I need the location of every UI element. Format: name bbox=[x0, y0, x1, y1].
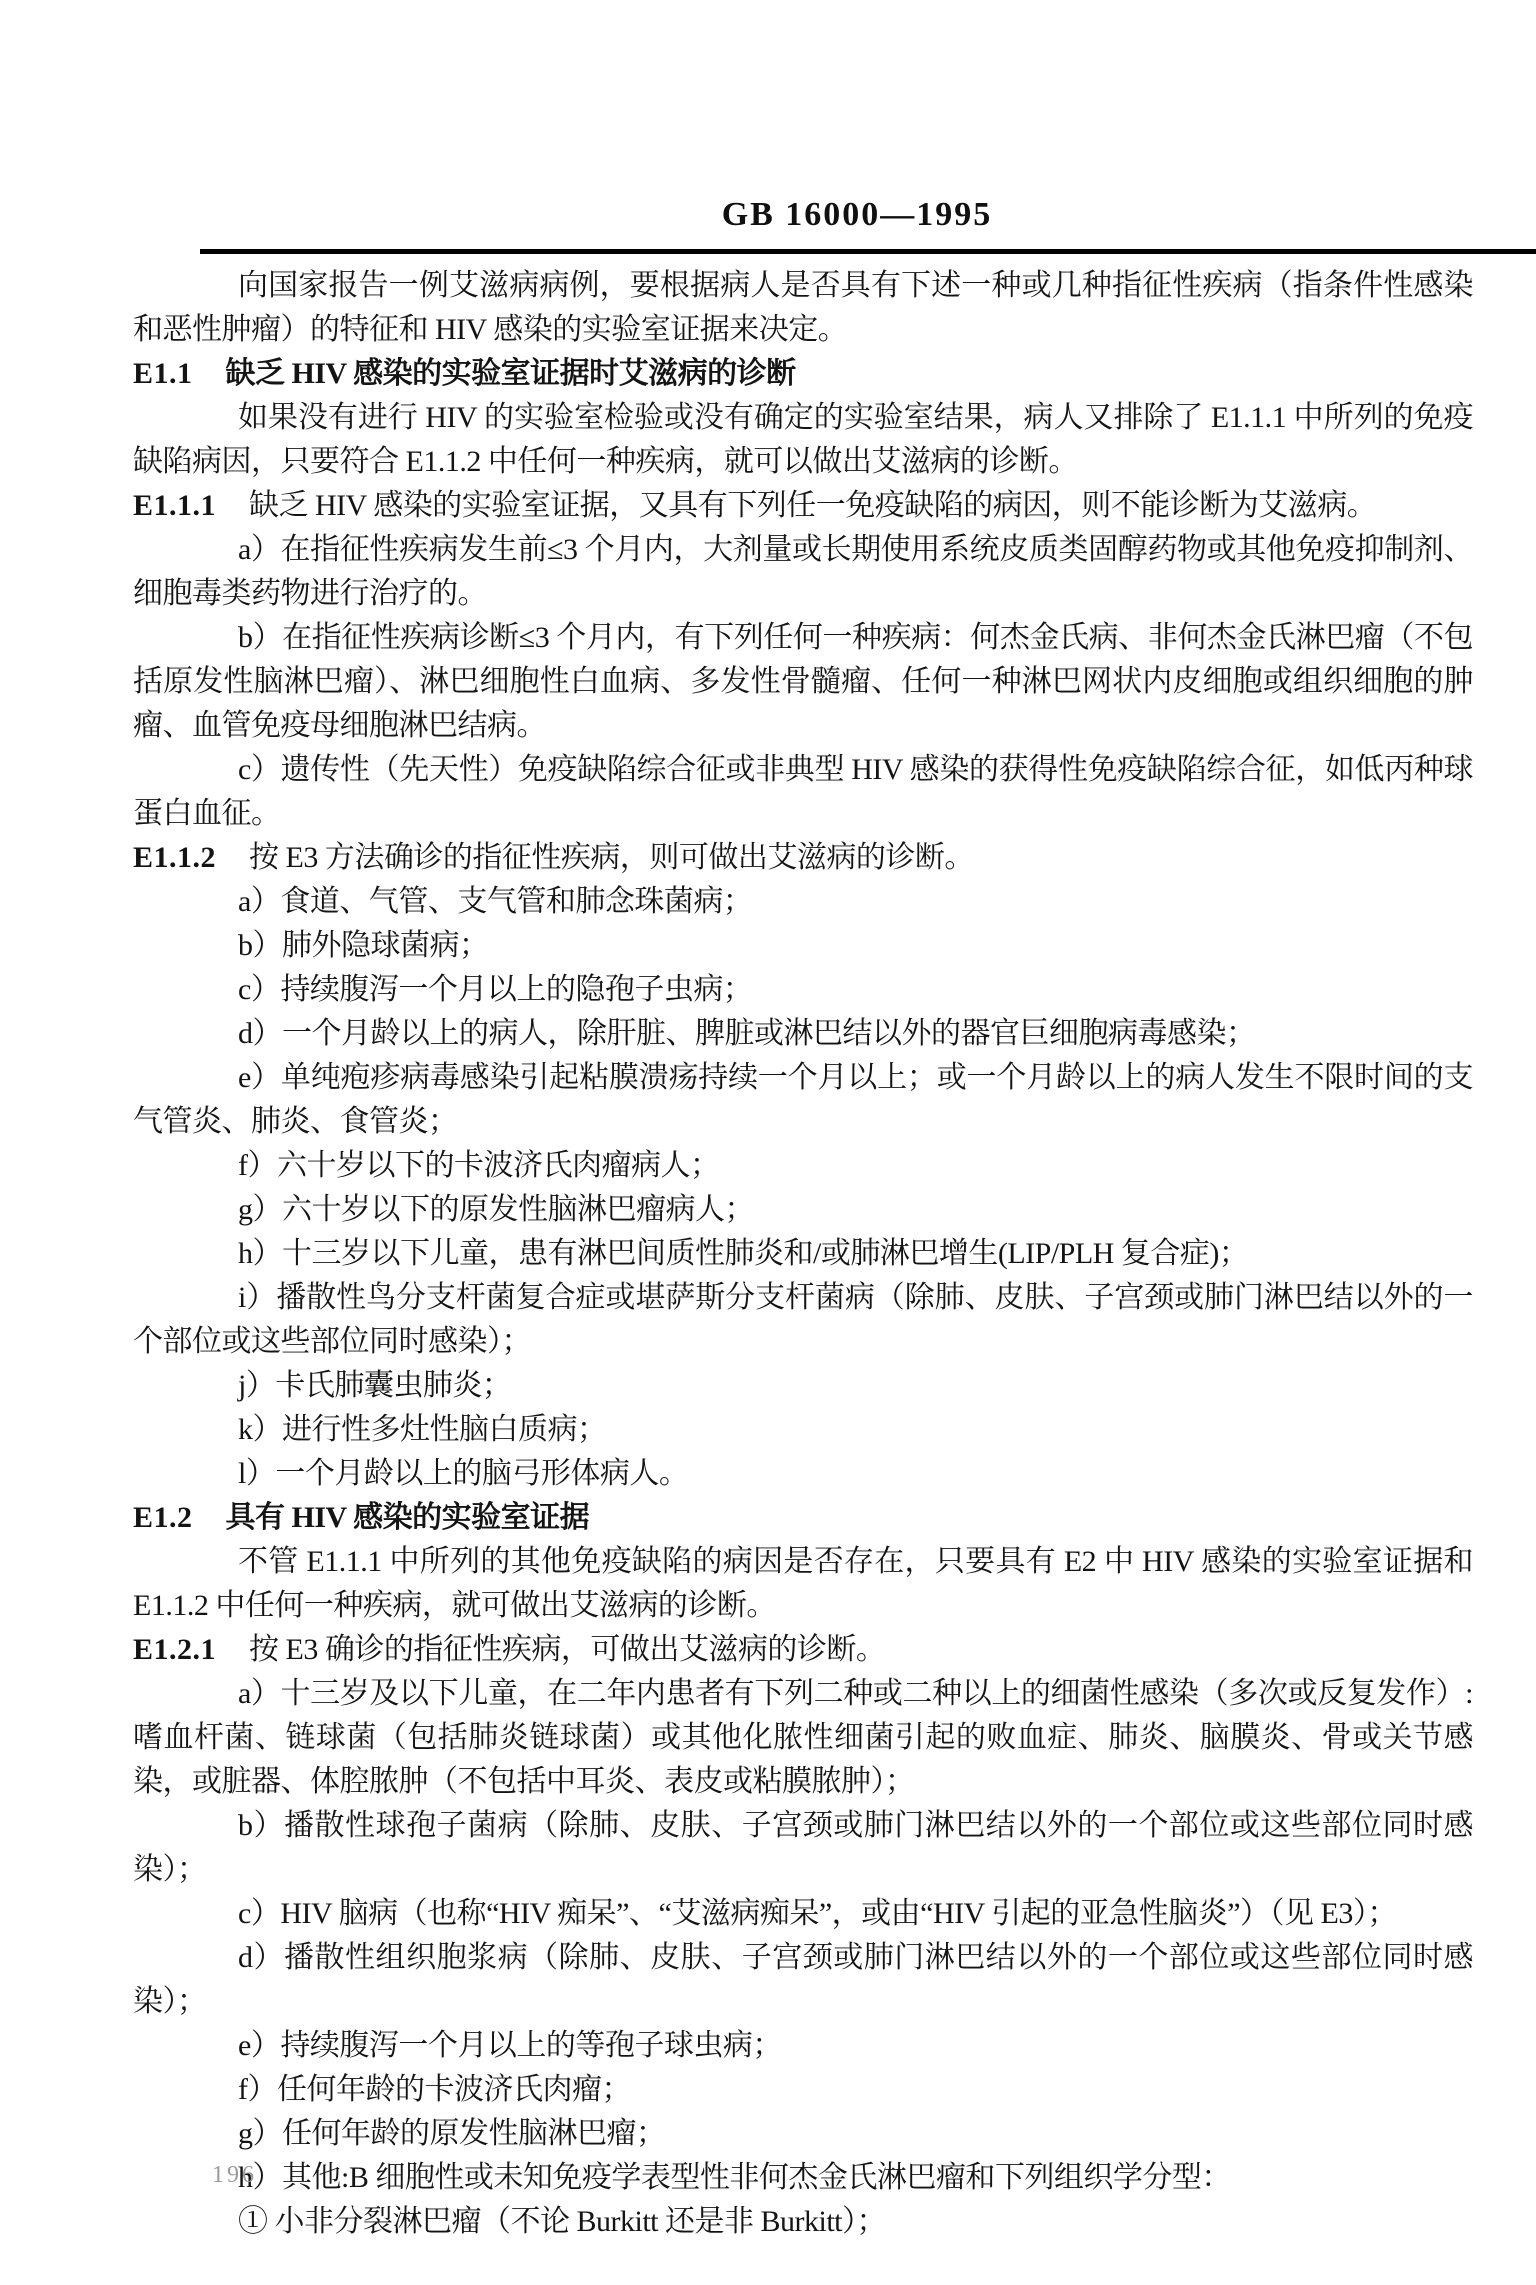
clause-number: E1.1.2 bbox=[133, 841, 216, 874]
clause-heading: E1.2具有 HIV 感染的实验室证据 bbox=[133, 1496, 1473, 1540]
list-item: b）在指征性疾病诊断≤3 个月内，有下列任何一种疾病：何杰金氏病、非何杰金氏淋巴… bbox=[133, 616, 1473, 748]
text-run: j）卡氏肺囊虫肺炎； bbox=[238, 1369, 511, 1402]
list-item: h）十三岁以下儿童，患有淋巴间质性肺炎和/或肺淋巴增生(LIP/PLH 复合症)… bbox=[133, 1232, 1473, 1276]
text-run: g）任何年龄的原发性脑淋巴瘤； bbox=[238, 2117, 666, 2150]
text-run: b）在指征性疾病诊断≤3 个月内，有下列任何一种疾病：何杰金氏病、非何杰金氏淋巴… bbox=[133, 621, 1473, 742]
text-run: f）任何年龄的卡波济氏肉瘤； bbox=[238, 2073, 631, 2106]
text-run: 具有 HIV 感染的实验室证据 bbox=[226, 1501, 590, 1534]
text-run: a）食道、气管、支气管和肺念珠菌病； bbox=[238, 885, 752, 918]
list-item: e）持续腹泻一个月以上的等孢子球虫病； bbox=[133, 2024, 1473, 2068]
text-run: k）进行性多灶性脑白质病； bbox=[238, 1413, 607, 1446]
document-body: 向国家报告一例艾滋病病例，要根据病人是否具有下述一种或几种指征性疾病（指条件性感… bbox=[133, 264, 1473, 2244]
text-run: l）一个月龄以上的脑弓形体病人。 bbox=[238, 1457, 688, 1490]
list-item: b）肺外隐球菌病； bbox=[133, 924, 1473, 968]
list-item: j）卡氏肺囊虫肺炎； bbox=[133, 1364, 1473, 1408]
clause-paragraph: E1.2.1按 E3 确诊的指征性疾病，可做出艾滋病的诊断。 bbox=[133, 1628, 1473, 1672]
paragraph: 如果没有进行 HIV 的实验室检验或没有确定的实验室结果，病人又排除了 E1.1… bbox=[133, 396, 1473, 484]
clause-number: E1.1.1 bbox=[133, 489, 216, 522]
list-item: l）一个月龄以上的脑弓形体病人。 bbox=[133, 1452, 1473, 1496]
text-run: ① 小非分裂淋巴瘤（不论 Burkitt 还是非 Burkitt）； bbox=[238, 2205, 886, 2238]
text-run: d）一个月龄以上的病人，除肝脏、脾脏或淋巴结以外的器官巨细胞病毒感染； bbox=[238, 1017, 1256, 1050]
list-item: k）进行性多灶性脑白质病； bbox=[133, 1408, 1473, 1452]
text-run: 向国家报告一例艾滋病病例，要根据病人是否具有下述一种或几种指征性疾病（指条件性感… bbox=[133, 269, 1473, 346]
text-run: a）在指征性疾病发生前≤3 个月内，大剂量或长期使用系统皮质类固醇药物或其他免疫… bbox=[133, 533, 1473, 610]
text-run: e）单纯疱疹病毒感染引起粘膜溃疡持续一个月以上；或一个月龄以上的病人发生不限时间… bbox=[133, 1061, 1473, 1138]
list-item: a）在指征性疾病发生前≤3 个月内，大剂量或长期使用系统皮质类固醇药物或其他免疫… bbox=[133, 528, 1473, 616]
text-run: 如果没有进行 HIV 的实验室检验或没有确定的实验室结果，病人又排除了 E1.1… bbox=[133, 401, 1473, 478]
list-item: a）食道、气管、支气管和肺念珠菌病； bbox=[133, 880, 1473, 924]
clause-number: E1.2.1 bbox=[133, 1633, 216, 1666]
list-item: ① 小非分裂淋巴瘤（不论 Burkitt 还是非 Burkitt）； bbox=[133, 2200, 1473, 2244]
text-run: i）播散性鸟分支杆菌复合症或堪萨斯分支杆菌病（除肺、皮肤、子宫颈或肺门淋巴结以外… bbox=[133, 1281, 1473, 1358]
list-item: b）播散性球孢子菌病（除肺、皮肤、子宫颈或肺门淋巴结以外的一个部位或这些部位同时… bbox=[133, 1804, 1473, 1892]
text-run: 按 E3 方法确诊的指征性疾病，则可做出艾滋病的诊断。 bbox=[249, 841, 974, 874]
header-rule bbox=[200, 249, 1536, 254]
paragraph: 向国家报告一例艾滋病病例，要根据病人是否具有下述一种或几种指征性疾病（指条件性感… bbox=[133, 264, 1473, 352]
list-item: g）六十岁以下的原发性脑淋巴瘤病人； bbox=[133, 1188, 1473, 1232]
text-run: c）持续腹泻一个月以上的隐孢子虫病； bbox=[238, 973, 752, 1006]
clause-number: E1.1 bbox=[133, 357, 193, 390]
paragraph: 不管 E1.1.1 中所列的其他免疫缺陷的病因是否存在，只要具有 E2 中 HI… bbox=[133, 1540, 1473, 1628]
list-item: c）遗传性（先天性）免疫缺陷综合征或非典型 HIV 感染的获得性免疫缺陷综合征，… bbox=[133, 748, 1473, 836]
list-item: c）HIV 脑病（也称“HIV 痴呆”、“艾滋病痴呆”，或由“HIV 引起的亚急… bbox=[133, 1892, 1473, 1936]
text-run: h）其他:B 细胞性或未知免疫学表型性非何杰金氏淋巴瘤和下列组织学分型： bbox=[238, 2161, 1231, 2194]
text-run: a）十三岁及以下儿童，在二年内患者有下列二种或二种以上的细菌性感染（多次或反复发… bbox=[133, 1677, 1473, 1798]
list-item: f）任何年龄的卡波济氏肉瘤； bbox=[133, 2068, 1473, 2112]
clause-number: E1.2 bbox=[133, 1501, 193, 1534]
list-item: f）六十岁以下的卡波济氏肉瘤病人； bbox=[133, 1144, 1473, 1188]
text-run: c）遗传性（先天性）免疫缺陷综合征或非典型 HIV 感染的获得性免疫缺陷综合征，… bbox=[133, 753, 1473, 830]
text-run: b）肺外隐球菌病； bbox=[238, 929, 489, 962]
text-run: d）播散性组织胞浆病（除肺、皮肤、子宫颈或肺门淋巴结以外的一个部位或这些部位同时… bbox=[133, 1941, 1473, 2018]
document-page: GB 16000—1995 向国家报告一例艾滋病病例，要根据病人是否具有下述一种… bbox=[0, 0, 1536, 2285]
text-run: g）六十岁以下的原发性脑淋巴瘤病人； bbox=[238, 1193, 754, 1226]
list-item: e）单纯疱疹病毒感染引起粘膜溃疡持续一个月以上；或一个月龄以上的病人发生不限时间… bbox=[133, 1056, 1473, 1144]
text-run: e）持续腹泻一个月以上的等孢子球虫病； bbox=[238, 2029, 782, 2062]
clause-paragraph: E1.1.1缺乏 HIV 感染的实验室证据，又具有下列任一免疫缺陷的病因，则不能… bbox=[133, 484, 1473, 528]
standard-code: GB 16000—1995 bbox=[89, 196, 1536, 234]
list-item: h）其他:B 细胞性或未知免疫学表型性非何杰金氏淋巴瘤和下列组织学分型： bbox=[133, 2156, 1473, 2200]
clause-paragraph: E1.1.2按 E3 方法确诊的指征性疾病，则可做出艾滋病的诊断。 bbox=[133, 836, 1473, 880]
text-run: h）十三岁以下儿童，患有淋巴间质性肺炎和/或肺淋巴增生(LIP/PLH 复合症)… bbox=[238, 1237, 1248, 1270]
text-run: 不管 E1.1.1 中所列的其他免疫缺陷的病因是否存在，只要具有 E2 中 HI… bbox=[133, 1545, 1473, 1622]
text-run: b）播散性球孢子菌病（除肺、皮肤、子宫颈或肺门淋巴结以外的一个部位或这些部位同时… bbox=[133, 1809, 1473, 1886]
text-run: 按 E3 确诊的指征性疾病，可做出艾滋病的诊断。 bbox=[249, 1633, 885, 1666]
list-item: c）持续腹泻一个月以上的隐孢子虫病； bbox=[133, 968, 1473, 1012]
page-number: 196 bbox=[212, 2162, 257, 2189]
list-item: d）播散性组织胞浆病（除肺、皮肤、子宫颈或肺门淋巴结以外的一个部位或这些部位同时… bbox=[133, 1936, 1473, 2024]
text-run: 缺乏 HIV 感染的实验室证据时艾滋病的诊断 bbox=[226, 357, 796, 390]
list-item: g）任何年龄的原发性脑淋巴瘤； bbox=[133, 2112, 1473, 2156]
clause-heading: E1.1缺乏 HIV 感染的实验室证据时艾滋病的诊断 bbox=[133, 352, 1473, 396]
list-item: d）一个月龄以上的病人，除肝脏、脾脏或淋巴结以外的器官巨细胞病毒感染； bbox=[133, 1012, 1473, 1056]
list-item: i）播散性鸟分支杆菌复合症或堪萨斯分支杆菌病（除肺、皮肤、子宫颈或肺门淋巴结以外… bbox=[133, 1276, 1473, 1364]
list-item: a）十三岁及以下儿童，在二年内患者有下列二种或二种以上的细菌性感染（多次或反复发… bbox=[133, 1672, 1473, 1804]
text-run: c）HIV 脑病（也称“HIV 痴呆”、“艾滋病痴呆”，或由“HIV 引起的亚急… bbox=[238, 1897, 1397, 1930]
text-run: f）六十岁以下的卡波济氏肉瘤病人； bbox=[238, 1149, 720, 1182]
text-run: 缺乏 HIV 感染的实验室证据，又具有下列任一免疫缺陷的病因，则不能诊断为艾滋病… bbox=[249, 489, 1376, 522]
